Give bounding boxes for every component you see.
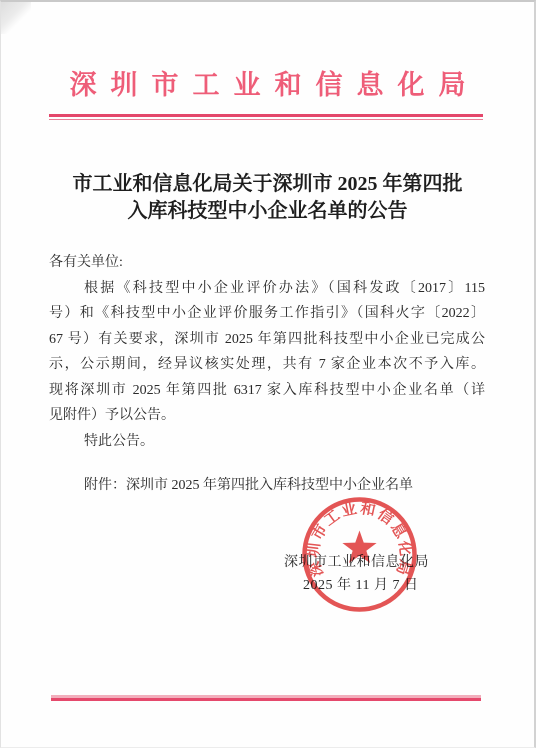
attachment-line: 附件：深圳市 2025 年第四批入库科技型中小企业名单 [49,473,485,499]
body-line: 特此公告。 [49,429,485,455]
body-line: 号）和《科技型中小企业评价服务工作指引》（国科火字〔2022〕 [49,301,485,327]
signature-agency: 深圳市工业和信息化局 [284,553,429,573]
document-title: 市工业和信息化局关于深圳市 2025 年第四批 入库科技型中小企业名单的公告 [21,171,514,225]
document-title-line2: 入库科技型中小企业名单的公告 [128,200,408,222]
body-line: 现将深圳市 2025 年第四批 6317 家入库科技型中小企业名单（详 [49,378,485,404]
document-body: 各有关单位: 根据《科技型中小企业评价办法》（国科发政〔2017〕115号）和《… [49,250,485,499]
document-page: 深圳市工业和信息化局 市工业和信息化局关于深圳市 2025 年第四批 入库科技型… [0,0,536,748]
salutation: 各有关单位: [49,250,485,276]
footer-rule-deep [51,698,481,701]
body-line: 见附件）予以公告。 [49,403,485,429]
body-lines: 根据《科技型中小企业评价办法》（国科发政〔2017〕115号）和《科技型中小企业… [49,276,485,455]
agency-masthead: 深圳市工业和信息化局 [1,68,534,102]
signature-date: 2025 年 11 月 7 日 [303,576,418,596]
body-line: 67 号）有关要求，深圳市 2025 年第四批科技型中小企业已完成公 [49,327,485,353]
header-rule [49,114,483,120]
document-title-line1: 市工业和信息化局关于深圳市 2025 年第四批 [73,173,463,195]
scan-corner-artifact [1,2,31,34]
body-line: 示，公示期间，经异议核实处理，共有 7 家企业本次不予入库。 [49,352,485,378]
body-line: 根据《科技型中小企业评价办法》（国科发政〔2017〕115 [49,276,485,302]
footer-rule [51,695,481,701]
header-rule-thin [49,119,483,120]
